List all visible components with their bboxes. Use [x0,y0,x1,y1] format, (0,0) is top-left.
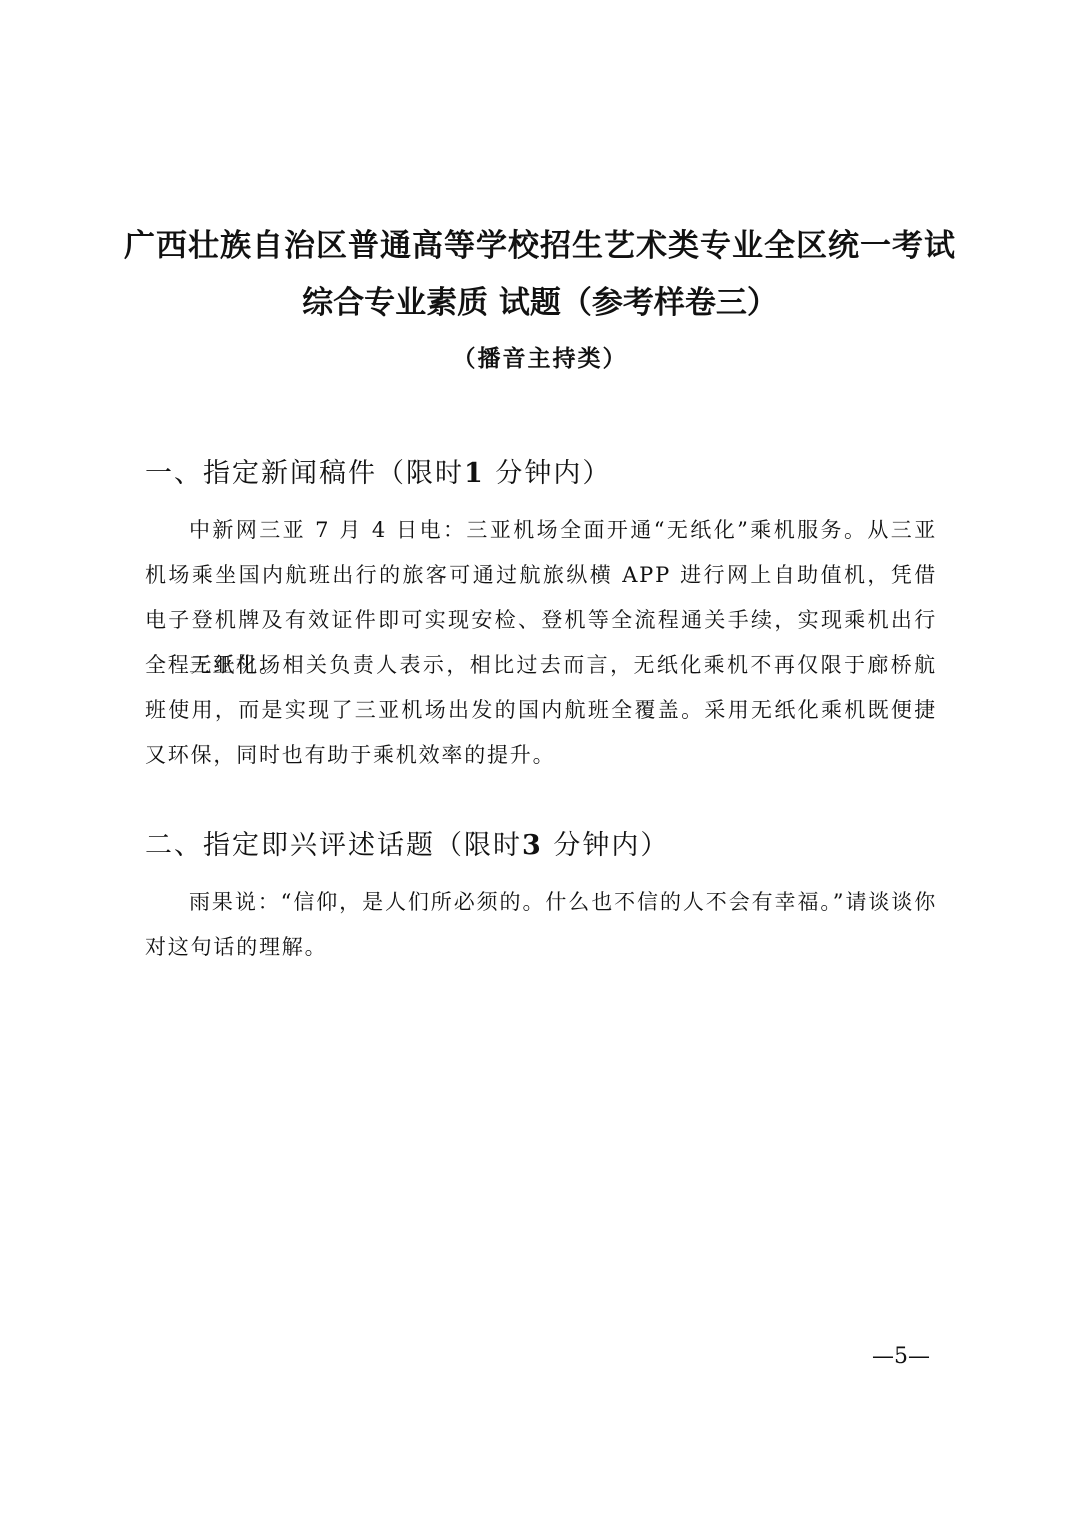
section-1-time-limit: 1 [464,458,485,489]
document-subtitle: （播音主持类） [0,343,1080,375]
page-number: —5— [872,1343,930,1371]
document-page: 广西壮族自治区普通高等学校招生艺术类专业全区统一考试 综合专业素质 试题（参考样… [0,0,1080,1527]
section-2-paragraph-1: 雨果说：“信仰，是人们所必须的。什么也不信的人不会有幸福。”请谈谈你对这句话的理… [145,880,937,970]
section-2-heading-prefix: 二、指定即兴评述话题（限时 [145,830,522,861]
section-2-time-limit: 3 [522,830,543,861]
document-title-line-1: 广西壮族自治区普通高等学校招生艺术类专业全区统一考试 [0,226,1080,266]
document-title-line-2: 综合专业素质 试题（参考样卷三） [0,283,1080,323]
section-2-heading-suffix: 分钟内） [553,830,669,861]
section-1-heading-suffix: 分钟内） [495,458,611,489]
section-2-heading: 二、指定即兴评述话题（限时3 分钟内） [145,828,669,864]
section-1-heading: 一、指定新闻稿件（限时1 分钟内） [145,456,611,492]
section-1-heading-prefix: 一、指定新闻稿件（限时 [145,458,464,489]
section-1-paragraph-2: 三亚机场相关负责人表示，相比过去而言，无纸化乘机不再仅限于廊桥航班使用，而是实现… [145,643,937,778]
